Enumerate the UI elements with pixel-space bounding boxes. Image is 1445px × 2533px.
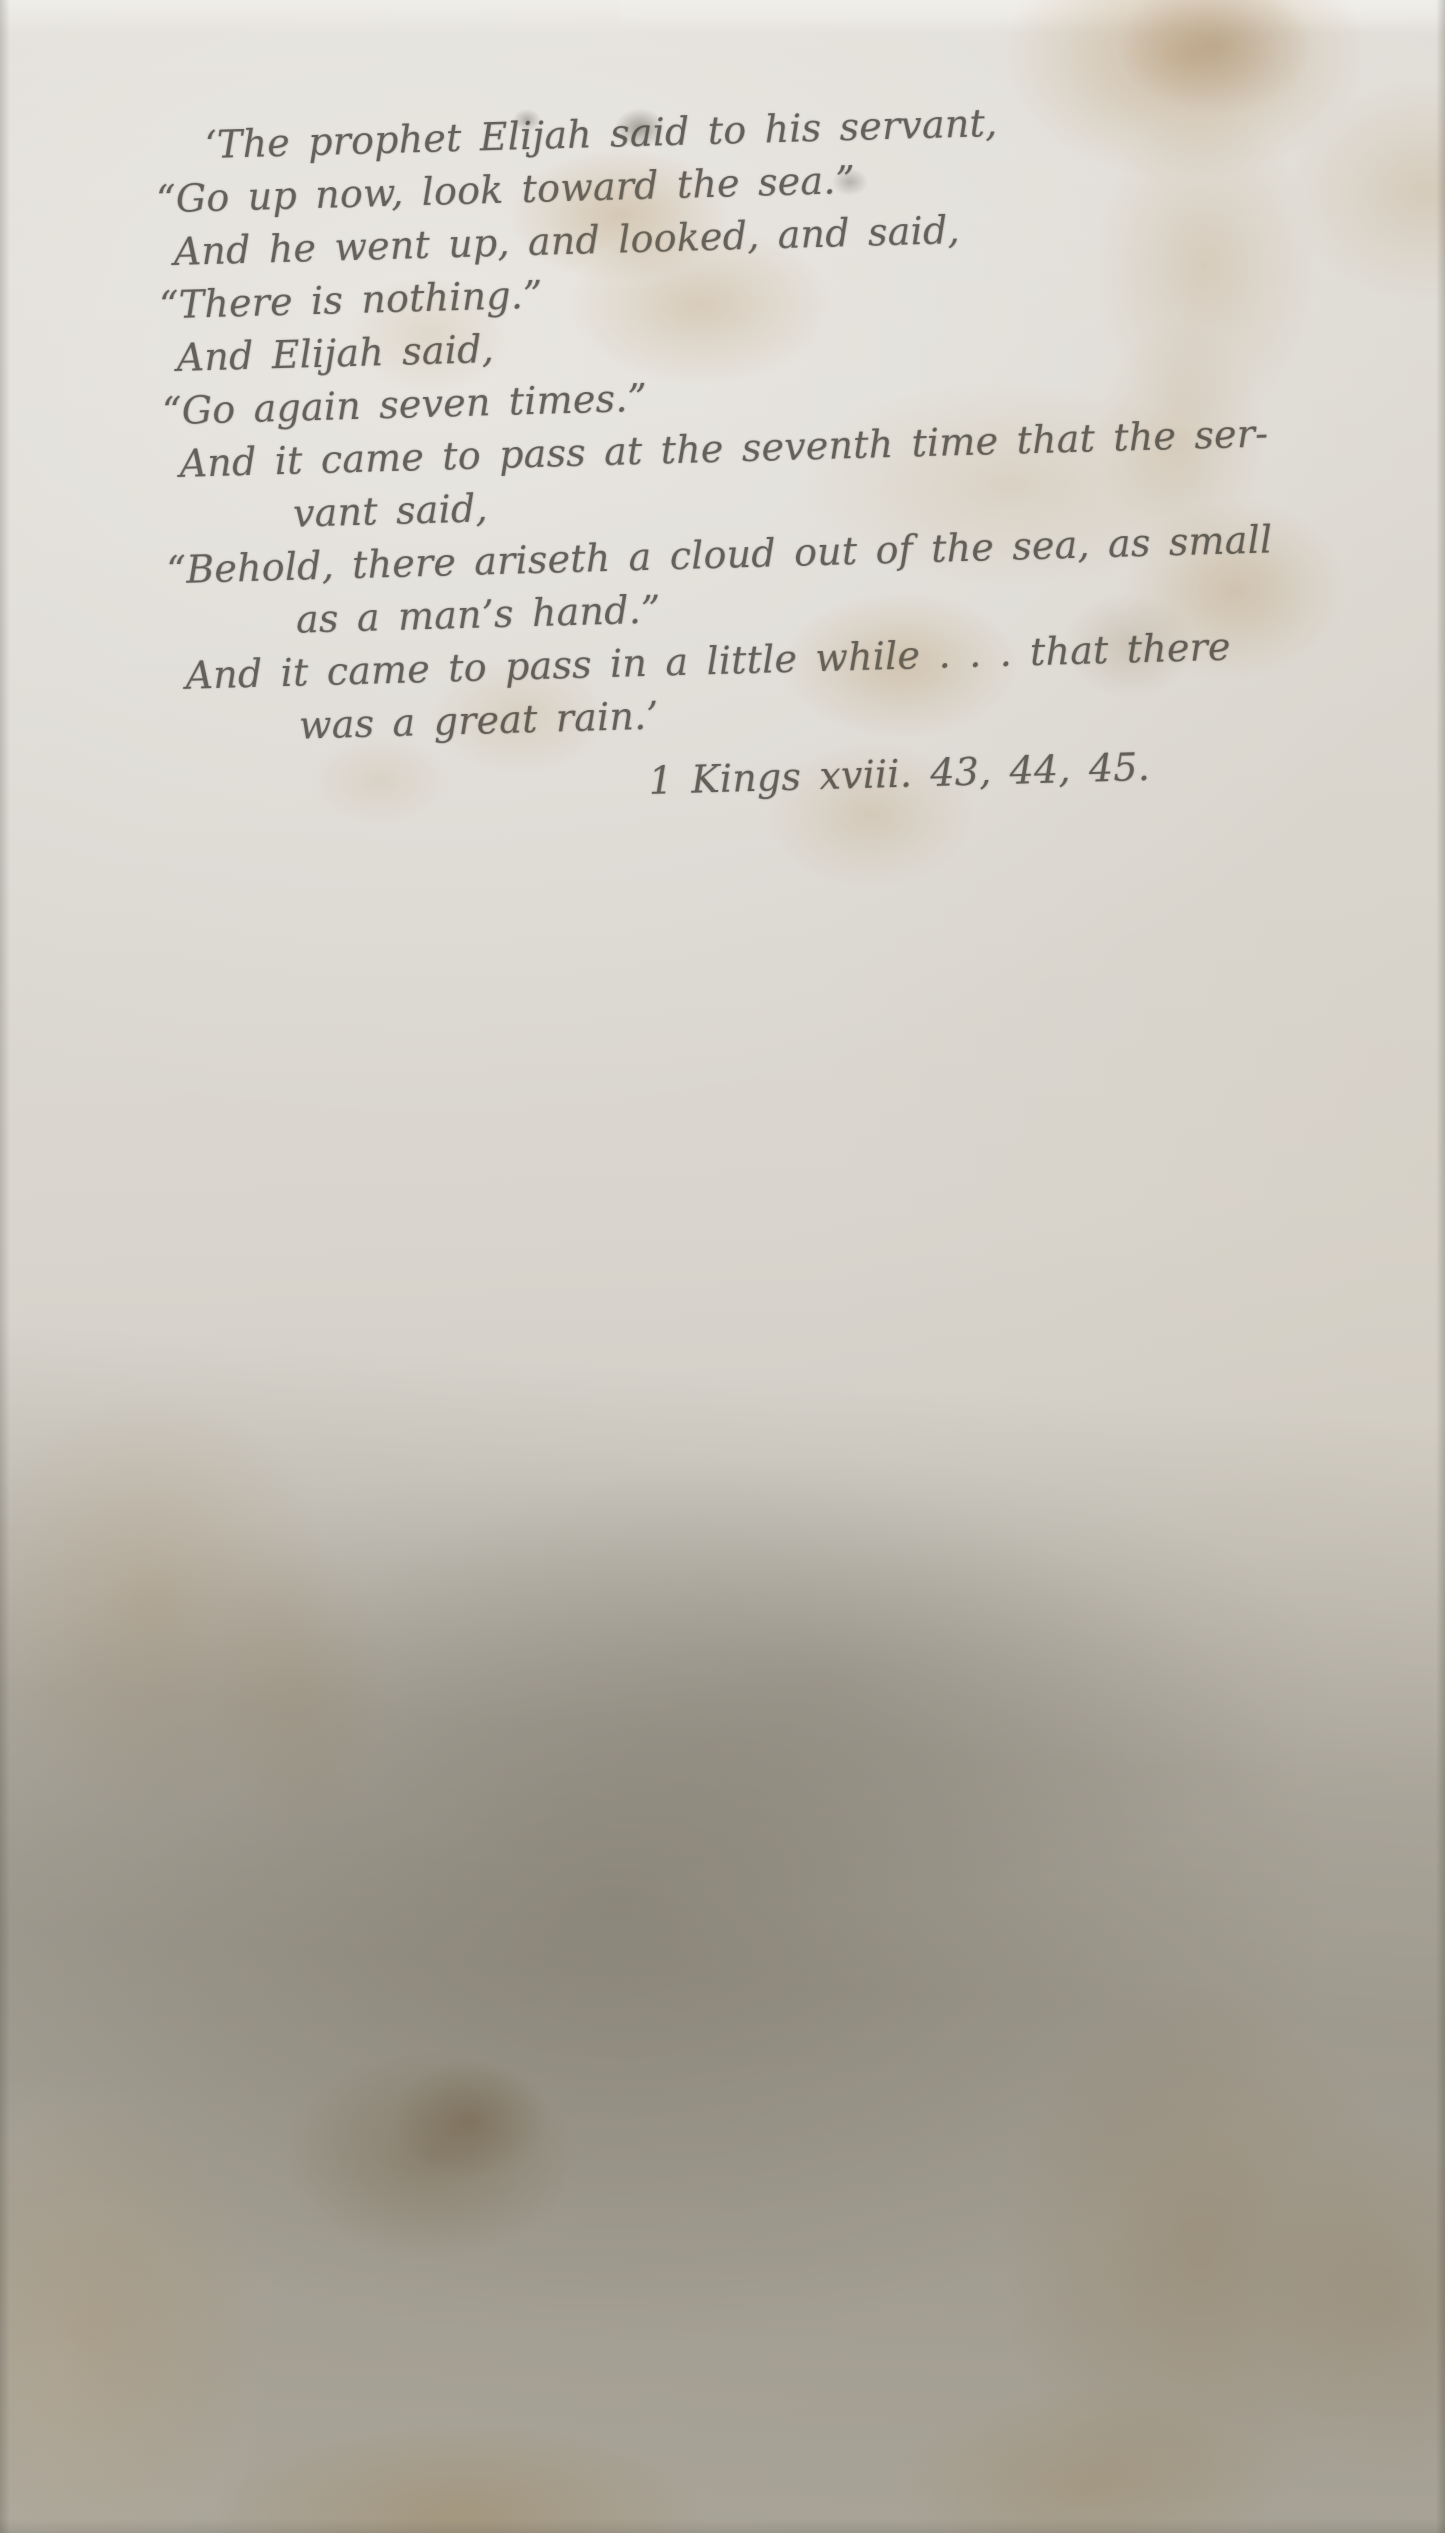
scripture-quote-block: ‘The prophet Elijah said to his servant,… xyxy=(170,86,1409,821)
book-page-photo: ‘The prophet Elijah said to his servant,… xyxy=(0,0,1445,2533)
